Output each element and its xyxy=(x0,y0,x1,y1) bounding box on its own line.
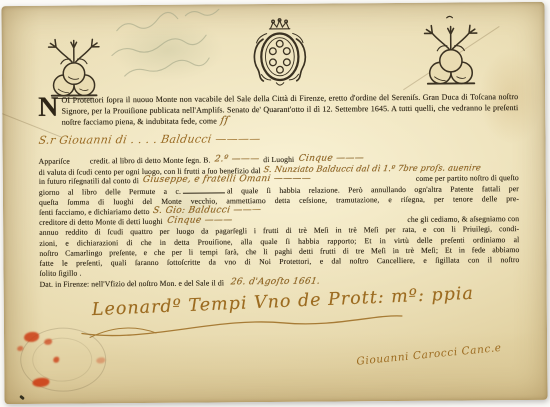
stain xyxy=(4,332,548,404)
monte-woodcut-right-icon xyxy=(422,14,481,88)
fill-segment xyxy=(236,222,407,223)
hand-segment: S. Gio: Balducci ——— xyxy=(153,205,263,216)
beneficiary-name-handwritten: S.r Giouanni di . . . . Balducci ———— xyxy=(37,132,261,150)
print-segment: in futuro riſegnatili dal conto di xyxy=(39,176,139,186)
ink-speck xyxy=(19,395,25,400)
signature-flourish xyxy=(76,305,406,342)
body-lines: Appariſcecredit. al libro di detto Monte… xyxy=(39,153,520,290)
hand-segment: 2.º ——— xyxy=(214,154,260,164)
wax-seal-remnant xyxy=(96,357,105,363)
hand-sm-segment: S. Nunziato Balducci dal dì 1.º 7bre pro… xyxy=(263,162,482,174)
wax-seal-remnant xyxy=(17,346,23,351)
hand-segment: Giuseppe, e fratelli Omani ———— xyxy=(142,174,312,185)
opening-text: OI Protettori ſopra il nuouo Monte non v… xyxy=(61,92,518,126)
print-segment: credit. al libro di detto Monte ſegn. B. xyxy=(90,155,211,165)
print-segment: di Luoghi xyxy=(263,155,294,164)
print-segment: Dat. in Firenze: nell'Vfizio del noſtro … xyxy=(40,278,227,288)
chancellor-signature: Giouanni Carocci Canc.e xyxy=(356,342,502,368)
hand-segment: Cinque ——— xyxy=(297,153,364,164)
hand-segment: Cinque ——— xyxy=(166,216,233,227)
embossed-seal-trace-inner xyxy=(32,337,92,381)
wax-seal-remnant xyxy=(44,339,52,345)
fill-segment xyxy=(315,181,416,182)
print-segment: creditore di detto Monte di detti luoghi xyxy=(39,217,163,227)
drop-cap: N xyxy=(38,97,58,118)
medici-coat-of-arms-icon xyxy=(248,15,313,94)
print-segment: ſolito ſigillo . xyxy=(40,269,82,278)
document-text-block: NOI Protettori ſopra il nuouo Monte non … xyxy=(38,92,520,290)
parchment-sheet: NOI Protettori ſopra il nuouo Monte non … xyxy=(1,2,547,404)
print-segment: che gli cediamo, & aſsegniamo con xyxy=(407,214,519,224)
document-scan: NOI Protettori ſopra il nuouo Monte non … xyxy=(0,0,550,407)
print-segment: ſenti facciamo, e dichiariamo detto xyxy=(39,207,150,217)
print-segment: come per partito noſtro di queſto xyxy=(416,173,519,183)
hand-mark: ſſ xyxy=(219,116,229,127)
rule-segment xyxy=(183,186,225,194)
wax-seal-remnant xyxy=(53,357,59,363)
opening-paragraph: NOI Protettori ſopra il nuouo Monte non … xyxy=(38,92,518,128)
wax-seal-remnant xyxy=(24,332,39,342)
wax-seal-remnant xyxy=(32,378,49,387)
print-segment: Appariſce xyxy=(39,156,70,165)
hand-segment: 26. d'Agoſto 1661. xyxy=(229,276,320,287)
